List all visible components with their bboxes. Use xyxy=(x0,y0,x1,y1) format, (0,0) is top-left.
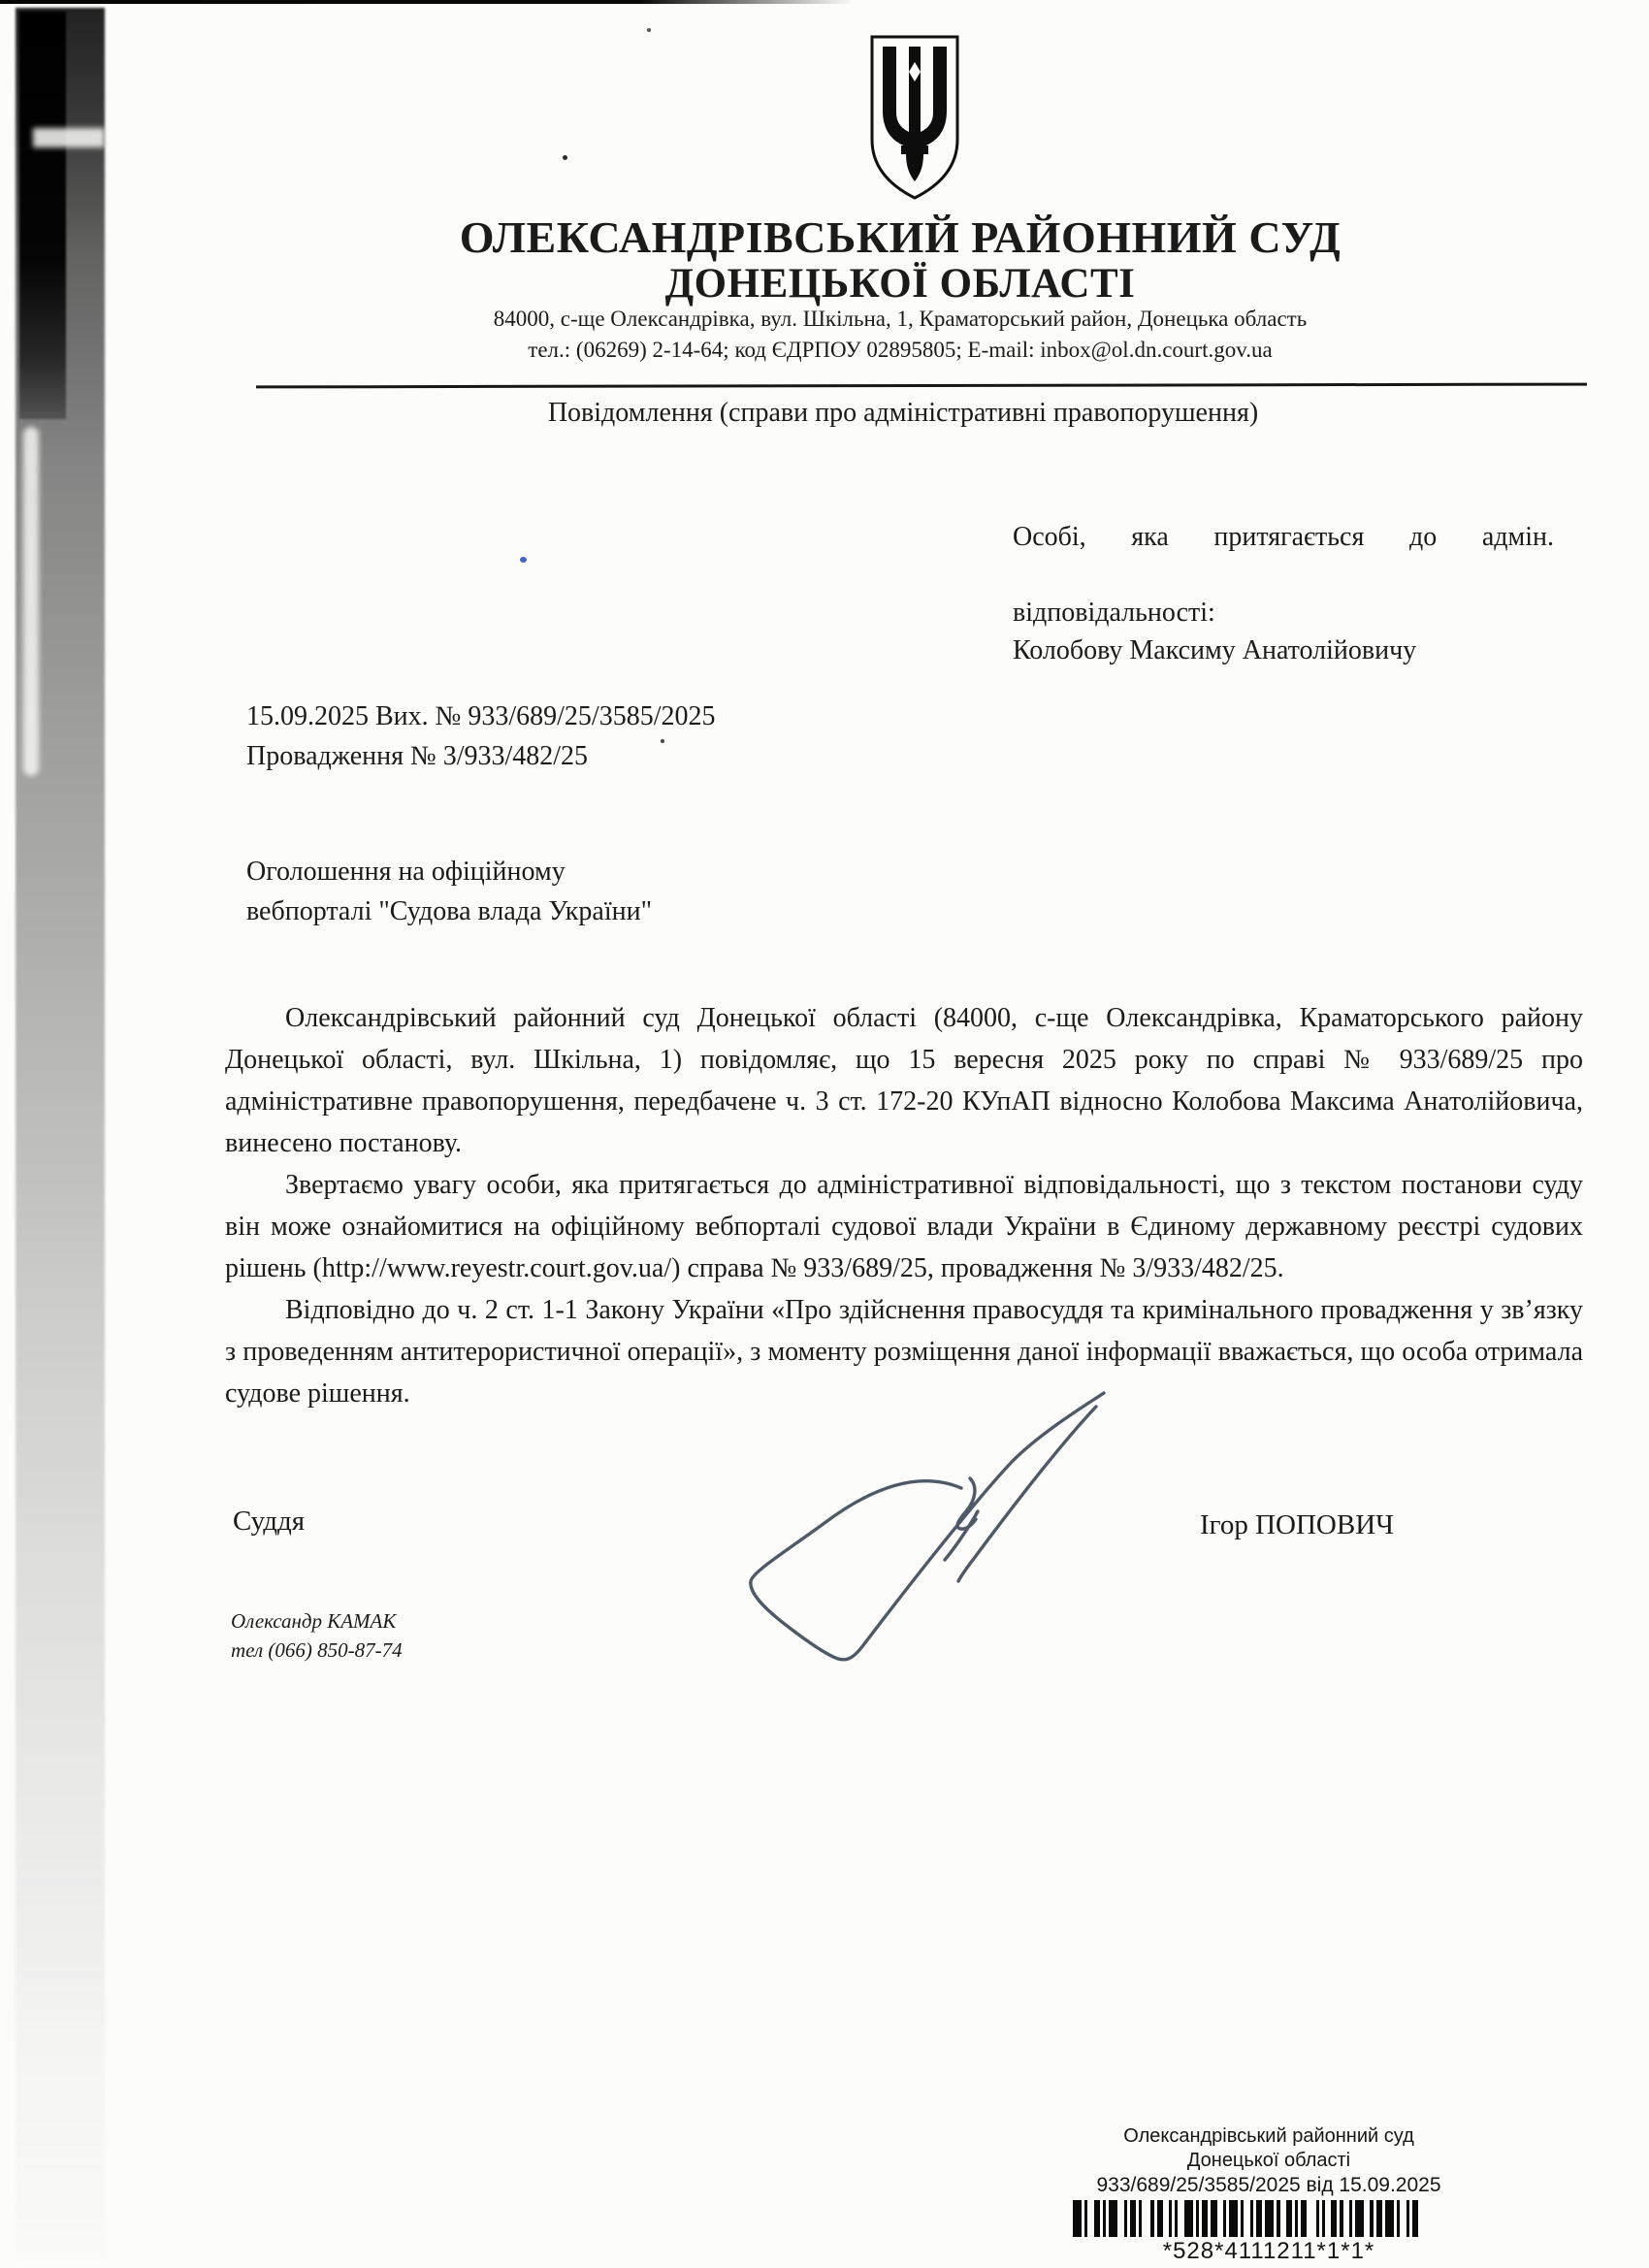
barcode xyxy=(1073,2200,1465,2237)
judge-name: Ігор ПОПОВИЧ xyxy=(1200,1509,1394,1541)
court-name-line2: ДОНЕЦЬКОЇ ОБЛАСТІ xyxy=(0,260,1649,308)
judge-role-label: Суддя xyxy=(233,1506,305,1538)
document-body: Олександрівський районний суд Донецької … xyxy=(225,997,1583,1414)
blue-ink-speck xyxy=(520,557,527,563)
announcement-line1: Оголошення на офіційному xyxy=(246,852,652,891)
outgoing-number: 15.09.2025 Вих. № 933/689/25/3585/2025 xyxy=(246,697,716,736)
dust-speck xyxy=(647,28,651,32)
reference-block: 15.09.2025 Вих. № 933/689/25/3585/2025 П… xyxy=(246,697,716,776)
court-emblem-icon xyxy=(866,33,963,202)
scan-artifact-gap xyxy=(33,128,105,147)
body-paragraph-2: Звертаємо увагу особи, яка притягається … xyxy=(225,1164,1583,1289)
stamp-court-region: Донецької області xyxy=(1065,2149,1472,2173)
recipient-line2: відповідальності: xyxy=(1013,594,1554,632)
announcement-block: Оголошення на офіційному вебпорталі "Суд… xyxy=(246,852,652,931)
dust-speck xyxy=(563,155,567,160)
court-name-line1: ОЛЕКСАНДРІВСЬКИЙ РАЙОННИЙ СУД xyxy=(0,211,1649,263)
clerk-name: Олександр КАМАК xyxy=(231,1606,403,1636)
court-address-line: 84000, с-ще Олександрівка, вул. Шкільна,… xyxy=(0,307,1649,332)
scan-artifact-top-line xyxy=(0,0,854,4)
clerk-phone: тел (066) 850-87-74 xyxy=(231,1636,403,1665)
recipient-name: Колобову Максиму Анатолійовичу xyxy=(1013,632,1554,669)
recipient-block: Особі, яка притягається до адмін. відпов… xyxy=(1013,518,1554,669)
court-contacts-line: тел.: (06269) 2-14-64; код ЄДРПОУ 028958… xyxy=(0,338,1649,363)
header-divider xyxy=(256,383,1587,389)
announcement-line2: вебпорталі "Судова влада України" xyxy=(246,891,652,931)
barcode-text: *528*4111211*1*1* xyxy=(1065,2238,1472,2265)
subject-line: Повідомлення (справи про адміністративні… xyxy=(0,398,1649,429)
proceeding-number: Провадження № 3/933/482/25 xyxy=(246,736,716,776)
stamp-doc-number: 933/689/25/3585/2025 від 15.09.2025 xyxy=(1065,2173,1472,2198)
clerk-block: Олександр КАМАК тел (066) 850-87-74 xyxy=(231,1606,403,1665)
scanned-court-document-page: ОЛЕКСАНДРІВСЬКИЙ РАЙОННИЙ СУД ДОНЕЦЬКОЇ … xyxy=(0,0,1649,2268)
recipient-line1: Особі, яка притягається до адмін. xyxy=(1013,518,1554,594)
body-paragraph-1: Олександрівський районний суд Донецької … xyxy=(225,997,1583,1164)
handwritten-signature xyxy=(716,1381,1143,1692)
stamp-court-name: Олександрівський районний суд xyxy=(1065,2124,1472,2149)
registration-stamp: Олександрівський районний суд Донецької … xyxy=(1065,2124,1472,2265)
scan-artifact-sliver xyxy=(23,427,39,776)
